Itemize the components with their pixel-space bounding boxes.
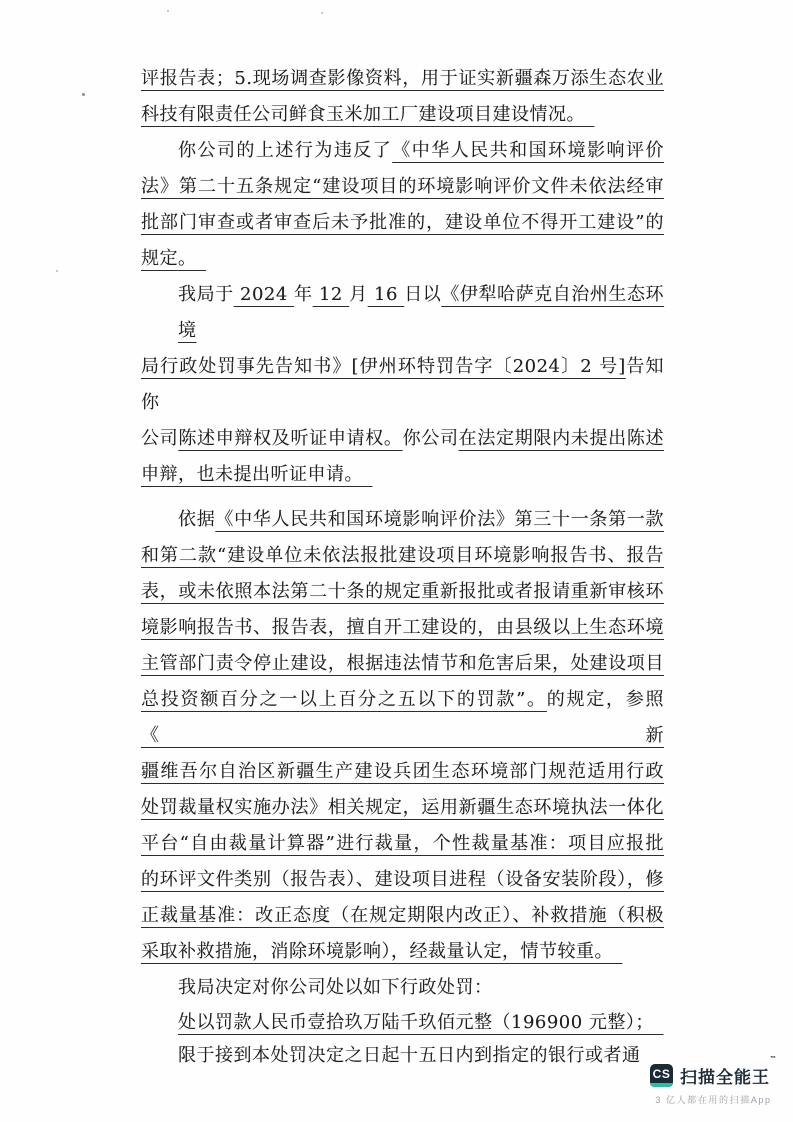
trademark-symbol: ™ — [770, 1056, 777, 1062]
underlined-text-segment: 处罚裁量权实施办法》相关规定，运用新疆生态环境执法一体化 — [141, 797, 664, 818]
text-line: 你公司的上述行为违反了《中华人民共和国环境影响评价 — [141, 133, 664, 169]
scan-speck — [167, 10, 169, 12]
text-line: 限于接到本处罚决定之日起十五日内到指定的银行或者通 — [141, 1039, 664, 1072]
text-segment: 你公司的上述行为违反了 — [178, 140, 392, 161]
text-line: 疆维吾尔自治区新疆生产建设兵团生态环境部门规范适用行政 — [141, 754, 664, 790]
underlined-text-segment: 的环评文件类别（报告表）、建设项目进程（设备安装阶段），修 — [141, 869, 664, 890]
text-segment: 公司 — [141, 428, 178, 449]
underlined-text-segment: 申辩，也未提出听证申请。 — [141, 464, 373, 485]
underlined-text-segment: 《中华人民共和国环境影响评价法》第三十一条第一款 — [215, 509, 664, 530]
underlined-text-segment: 16 — [368, 284, 404, 305]
underlined-text-segment: 2024 — [234, 284, 294, 305]
text-line: 处以罚款人民币壹拾玖万陆千玖佰元整（196900 元整）； — [141, 1006, 664, 1039]
text-line: 的环评文件类别（报告表）、建设项目进程（设备安装阶段），修 — [141, 862, 664, 898]
underlined-text-segment: 在法定期限内未提出陈述 — [459, 428, 664, 449]
brand-tagline: 3 亿人都在用的扫描App — [655, 1093, 771, 1106]
underlined-text-segment: 平台“自由裁量计算器”进行裁量，个性裁量基准：项目应报批 — [141, 833, 664, 854]
brand-name: 扫描全能王™ — [680, 1063, 777, 1088]
text-line: 我局决定对你公司处以如下行政处罚： — [141, 970, 664, 1006]
underlined-text-segment: 疆维吾尔自治区新疆生产建设兵团生态环境部门规范适用行政 — [141, 761, 664, 782]
underlined-text-segment: 批部门审查或者审查后未予批准的，建设单位不得开工建设”的 — [141, 212, 664, 233]
text-line: 正裁量基准：改正态度（在规定期限内改正）、补救措施（积极 — [141, 898, 664, 934]
underlined-text-segment: 和第二款“建设单位未依法报批建设项目环境影响报告书、报告 — [141, 545, 664, 566]
document-body: 评报告表；5.现场调查影像资料，用于证实新疆森万添生态农业科技有限责任公司鲜食玉… — [141, 61, 664, 1072]
text-segment: 限于接到本处罚决定之日起十五日内到指定的银行或者通 — [178, 1045, 641, 1066]
text-line: 规定。 — [141, 241, 664, 277]
text-segment: 我局于 — [178, 284, 234, 305]
cs-monogram: CS — [650, 1065, 673, 1083]
text-line: 局行政处罚事先告知书》[伊州环特罚告字〔2024〕2 号]告知你 — [141, 349, 664, 421]
underlined-text-segment: 《新 — [141, 725, 664, 746]
underlined-text-segment: 法》第二十五条规定“建设项目的环境影响评价文件未依法经审 — [141, 176, 664, 197]
text-line: 公司陈述申辩权及听证申请权。你公司在法定期限内未提出陈述 — [141, 421, 664, 457]
text-segment: 你公司 — [403, 428, 459, 449]
logo-accent-bar — [650, 1083, 673, 1087]
camscanner-logo-icon: CS — [650, 1064, 673, 1087]
text-line: 总投资额百分之一以上百分之五以下的罚款”。的规定，参照《新 — [141, 682, 664, 754]
scanned-document-page: 评报告表；5.现场调查影像资料，用于证实新疆森万添生态农业科技有限责任公司鲜食玉… — [0, 0, 793, 1122]
underlined-text-segment: 表，或未依照本法第二十条的规定重新报批或者报请重新审核环 — [141, 581, 664, 602]
text-line: 我局于 2024 年 12 月 16 日以《伊犁哈萨克自治州生态环境 — [141, 277, 664, 349]
text-line: 主管部门责令停止建设，根据违法情节和危害后果，处建设项目 — [141, 646, 664, 682]
text-line: 处罚裁量权实施办法》相关规定，运用新疆生态环境执法一体化 — [141, 790, 664, 826]
text-line: 科技有限责任公司鲜食玉米加工厂建设项目建设情况。 — [141, 97, 664, 133]
text-segment: 月 — [349, 284, 368, 305]
underlined-text-segment: 规定。 — [141, 248, 206, 269]
underlined-text-segment: 正裁量基准：改正态度（在规定期限内改正）、补救措施（积极 — [141, 905, 664, 926]
text-line: 和第二款“建设单位未依法报批建设项目环境影响报告书、报告 — [141, 538, 664, 574]
text-segment: 的规定，参照 — [547, 689, 664, 710]
scan-speck — [56, 270, 58, 272]
underlined-text-segment: 总投资额百分之一以上百分之五以下的罚款”。 — [141, 689, 547, 710]
underlined-text-segment: 《中华人民共和国环境影响评价 — [392, 140, 664, 161]
underlined-text-segment: 境影响报告书、报告表，擅自开工建设的，由县级以上生态环境 — [141, 617, 664, 638]
text-line: 申辩，也未提出听证申请。 — [141, 457, 664, 493]
text-segment: 依据 — [178, 509, 215, 530]
underlined-text-segment: 评报告表；5.现场调查影像资料，用于证实新疆森万添生态农业 — [141, 68, 664, 89]
underlined-text-segment: 科技有限责任公司鲜食玉米加工厂建设项目建设情况。 — [141, 104, 595, 125]
underlined-text-segment: 采取补救措施，消除环境影响），经裁量认定，情节较重。 — [141, 941, 623, 962]
text-segment: 年 — [294, 284, 313, 305]
text-line: 批部门审查或者审查后未予批准的，建设单位不得开工建设”的 — [141, 205, 664, 241]
underlined-text-segment: 主管部门责令停止建设，根据违法情节和危害后果，处建设项目 — [141, 653, 664, 674]
underlined-text-segment: 处以罚款人民币壹拾玖万陆千玖佰元整（196900 元整）； — [178, 1012, 663, 1033]
text-segment: 日以 — [404, 284, 441, 305]
text-line: 法》第二十五条规定“建设项目的环境影响评价文件未依法经审 — [141, 169, 664, 205]
text-line: 采取补救措施，消除环境影响），经裁量认定，情节较重。 — [141, 934, 664, 970]
scan-speck — [321, 12, 323, 14]
text-line: 评报告表；5.现场调查影像资料，用于证实新疆森万添生态农业 — [141, 61, 664, 97]
text-line: 平台“自由裁量计算器”进行裁量，个性裁量基准：项目应报批 — [141, 826, 664, 862]
text-segment: 我局决定对你公司处以如下行政处罚： — [178, 977, 493, 998]
underlined-text-segment: 12 — [313, 284, 349, 305]
brand-name-text: 扫描全能王 — [680, 1068, 770, 1087]
camscanner-watermark: CS 扫描全能王™ 3 亿人都在用的扫描App — [650, 1063, 777, 1106]
text-line: 表，或未依照本法第二十条的规定重新报批或者报请重新审核环 — [141, 574, 664, 610]
underlined-text-segment: 陈述申辩权及听证申请权。 — [178, 428, 402, 449]
scan-speck — [82, 93, 85, 96]
underlined-text-segment: 局行政处罚事先告知书》[伊州环特罚告字〔2024〕2 号] — [141, 356, 626, 377]
brand-row: CS 扫描全能王™ — [650, 1063, 777, 1088]
text-line: 境影响报告书、报告表，擅自开工建设的，由县级以上生态环境 — [141, 610, 664, 646]
text-line: 依据《中华人民共和国环境影响评价法》第三十一条第一款 — [141, 502, 664, 538]
